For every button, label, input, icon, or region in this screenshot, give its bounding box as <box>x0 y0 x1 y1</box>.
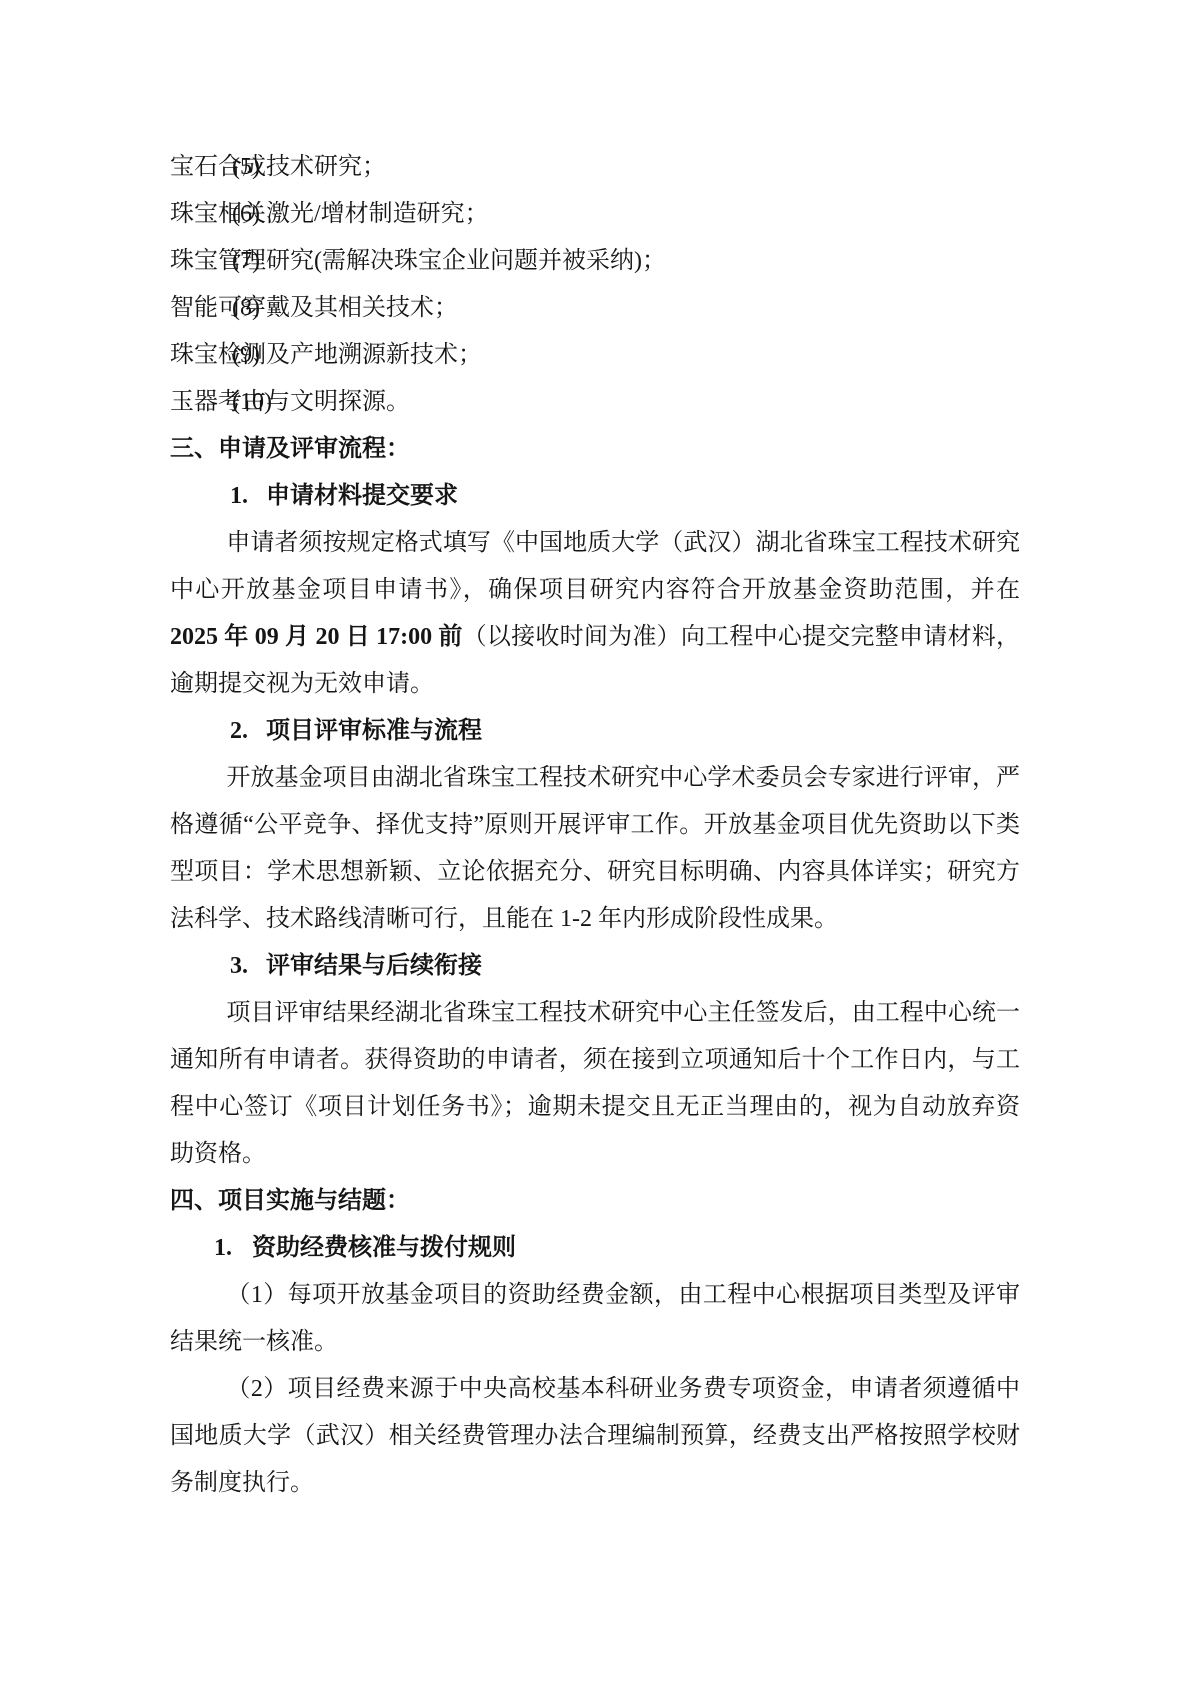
subheading-funding-approval-disbursement-rules: 1.资助经费核准与拨付规则 <box>170 1225 1020 1272</box>
list-item-10: (10) 玉器考古与文明探源。 <box>170 379 1020 426</box>
subheading-title: 项目评审标准与流程 <box>266 718 482 744</box>
list-item-7: (7) 珠宝管理研究(需解决珠宝企业问题并被采纳)； <box>170 238 1020 285</box>
paragraph-material-submission: 申请者须按规定格式填写《中国地质大学（武汉）湖北省珠宝工程技术研究中心开放基金项… <box>170 520 1020 708</box>
paragraph-funding-amount-approval: （1）每项开放基金项目的资助经费金额，由工程中心根据项目类型及评审结果统一核准。 <box>170 1272 1020 1366</box>
subheading-number: 2. <box>230 708 266 755</box>
list-item-number: (8) <box>232 285 260 332</box>
list-item-9: (9) 珠宝检测及产地溯源新技术； <box>170 332 1020 379</box>
list-item-text: 玉器考古与文明探源。 <box>170 389 410 415</box>
list-item-5: (5) 宝石合成技术研究； <box>170 144 1020 191</box>
list-item-text: 宝石合成技术研究； <box>170 154 386 180</box>
list-item-number: (10) <box>232 379 272 426</box>
paragraph-funding-source-budget: （2）项目经费来源于中央高校基本科研业务费专项资金，申请者须遵循中国地质大学（武… <box>170 1366 1020 1507</box>
list-item-number: (5) <box>232 144 260 191</box>
list-item-number: (7) <box>232 238 260 285</box>
paragraph-text-pre: 申请者须按规定格式填写《中国地质大学（武汉）湖北省珠宝工程技术研究中心开放基金项… <box>170 530 1020 603</box>
section-heading-application-review-process: 三、申请及评审流程： <box>170 426 1020 473</box>
paragraph-review-criteria: 开放基金项目由湖北省珠宝工程技术研究中心学术委员会专家进行评审，严格遵循“公平竞… <box>170 755 1020 943</box>
subheading-number: 3. <box>230 943 266 990</box>
list-item-text: 珠宝检测及产地溯源新技术； <box>170 342 482 368</box>
subheading-title: 评审结果与后续衔接 <box>266 953 482 979</box>
subheading-number: 1. <box>214 1225 252 1272</box>
subheading-title: 申请材料提交要求 <box>266 483 458 509</box>
subheading-number: 1. <box>230 473 266 520</box>
subheading-review-criteria-process: 2.项目评审标准与流程 <box>170 708 1020 755</box>
list-item-number: (9) <box>232 332 260 379</box>
subheading-review-results-follow-up: 3.评审结果与后续衔接 <box>170 943 1020 990</box>
section-heading-project-implementation-completion: 四、项目实施与结题： <box>170 1178 1020 1225</box>
list-item-text: 珠宝相关激光/增材制造研究； <box>170 201 489 227</box>
subheading-material-submission-requirements: 1.申请材料提交要求 <box>170 473 1020 520</box>
list-item-8: (8) 智能可穿戴及其相关技术； <box>170 285 1020 332</box>
deadline-datetime: 2025 年 09 月 20 日 17:00 前 <box>170 624 463 650</box>
subheading-title: 资助经费核准与拨付规则 <box>252 1235 516 1261</box>
list-item-6: (6) 珠宝相关激光/增材制造研究； <box>170 191 1020 238</box>
document-content: (5) 宝石合成技术研究； (6) 珠宝相关激光/增材制造研究； (7) 珠宝管… <box>170 144 1020 1507</box>
paragraph-review-results: 项目评审结果经湖北省珠宝工程技术研究中心主任签发后，由工程中心统一通知所有申请者… <box>170 990 1020 1178</box>
list-item-number: (6) <box>232 191 260 238</box>
document-page: (5) 宝石合成技术研究； (6) 珠宝相关激光/增材制造研究； (7) 珠宝管… <box>0 0 1190 1683</box>
list-item-text: 智能可穿戴及其相关技术； <box>170 295 458 321</box>
